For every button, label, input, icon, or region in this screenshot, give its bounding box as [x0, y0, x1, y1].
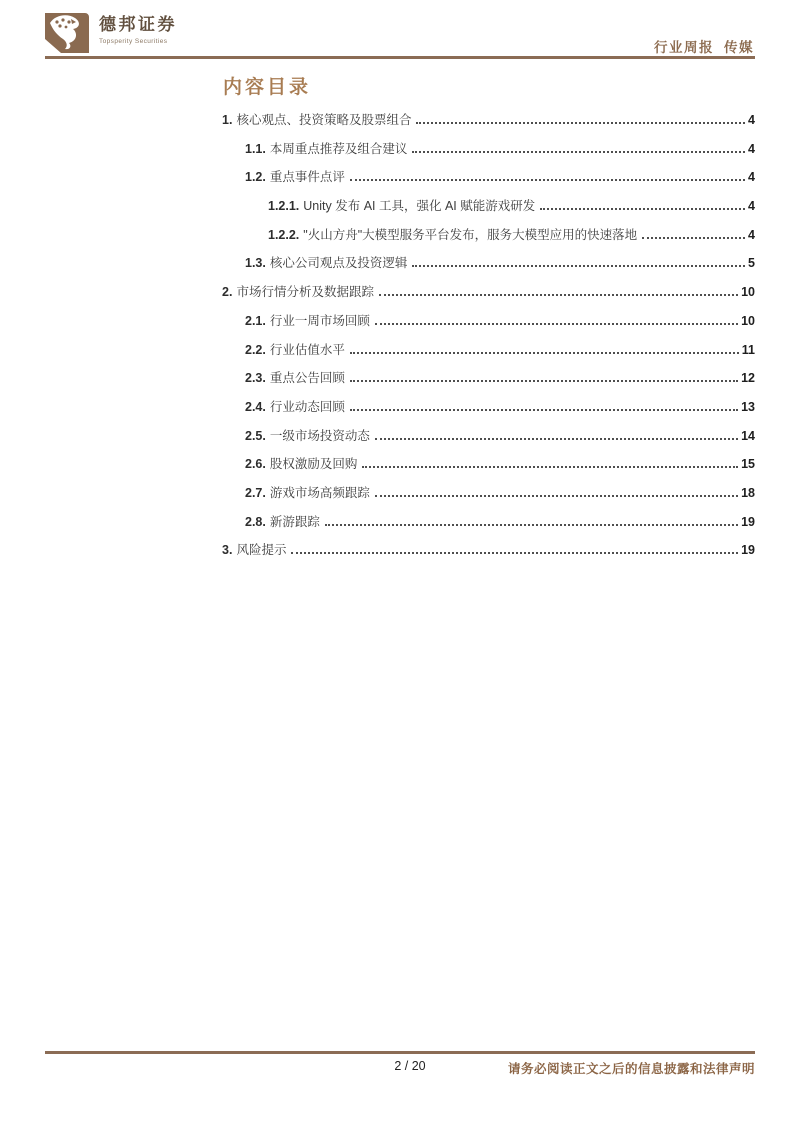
- toc-entry[interactable]: 3. 风险提示 19: [222, 540, 755, 569]
- toc-entry-number: 1.2.1.: [268, 199, 299, 213]
- toc-entry-label: 重点公告回顾: [270, 368, 345, 386]
- header-divider: [45, 56, 755, 59]
- toc-entry-label: "火山方舟"大模型服务平台发布，服务大模型应用的快速落地: [303, 225, 637, 243]
- toc-dot-leader: [291, 552, 738, 554]
- toc-entry-number: 2.8.: [245, 515, 266, 529]
- toc-entry-label: 新游跟踪: [270, 512, 320, 530]
- toc-title: 内容目录: [223, 72, 311, 99]
- toc-dot-leader: [350, 380, 738, 382]
- toc-entry-label: 一级市场投资动态: [270, 426, 370, 444]
- toc-dot-leader: [412, 265, 745, 267]
- toc-dot-leader: [379, 294, 738, 296]
- toc-list: 1. 核心观点、投资策略及股票组合 4 1.1. 本周重点推荐及组合建议 4 1…: [222, 110, 755, 569]
- toc-entry[interactable]: 1.2.1. Unity 发布 AI 工具，强化 AI 赋能游戏研发 4: [222, 196, 755, 225]
- toc-entry-number: 1.: [222, 113, 232, 127]
- toc-dot-leader: [642, 237, 745, 239]
- toc-entry-label: 行业一周市场回顾: [270, 311, 370, 329]
- toc-entry-number: 2.: [222, 285, 232, 299]
- toc-dot-leader: [375, 323, 738, 325]
- toc-dot-leader: [362, 466, 738, 468]
- toc-entry-number: 2.2.: [245, 343, 266, 357]
- toc-entry-label: 股权激励及回购: [270, 454, 358, 472]
- toc-entry-page: 10: [741, 314, 755, 328]
- toc-entry-page: 4: [748, 170, 755, 184]
- doc-type-label: 行业周报: [654, 40, 714, 55]
- toc-entry-page: 4: [748, 199, 755, 213]
- footer-divider: [45, 1051, 755, 1054]
- page-indicator: 2 / 20: [350, 1059, 470, 1073]
- toc-entry-page: 4: [748, 142, 755, 156]
- toc-entry[interactable]: 2. 市场行情分析及数据跟踪 10: [222, 282, 755, 311]
- toc-dot-leader: [416, 122, 745, 124]
- toc-dot-leader: [350, 409, 738, 411]
- toc-dot-leader: [540, 208, 745, 210]
- toc-entry-page: 19: [741, 515, 755, 529]
- toc-entry[interactable]: 2.8. 新游跟踪 19: [222, 512, 755, 541]
- toc-entry-number: 2.6.: [245, 457, 266, 471]
- toc-entry-number: 1.2.2.: [268, 228, 299, 242]
- toc-entry-label: 本周重点推荐及组合建议: [270, 139, 408, 157]
- toc-dot-leader: [350, 352, 739, 354]
- brand-name-cn: 德邦证券: [99, 16, 177, 35]
- toc-dot-leader: [375, 438, 738, 440]
- toc-dot-leader: [350, 179, 745, 181]
- toc-entry-page: 11: [742, 343, 755, 357]
- toc-entry-page: 12: [741, 371, 755, 385]
- toc-entry-label: 风险提示: [236, 540, 286, 558]
- toc-entry[interactable]: 2.2. 行业估值水平 11: [222, 340, 755, 369]
- toc-entry[interactable]: 2.3. 重点公告回顾 12: [222, 368, 755, 397]
- toc-entry[interactable]: 2.4. 行业动态回顾 13: [222, 397, 755, 426]
- toc-entry[interactable]: 1.3. 核心公司观点及投资逻辑 5: [222, 253, 755, 282]
- toc-entry-number: 2.1.: [245, 314, 266, 328]
- toc-entry[interactable]: 2.5. 一级市场投资动态 14: [222, 426, 755, 455]
- toc-entry-page: 4: [748, 113, 755, 127]
- toc-dot-leader: [375, 495, 738, 497]
- footer-disclaimer: 请务必阅读正文之后的信息披露和法律声明: [508, 1059, 755, 1077]
- toc-entry-number: 1.3.: [245, 256, 266, 270]
- report-page: 德邦证券 Topsperity Securities 行业周报传媒 内容目录 1…: [0, 0, 794, 1123]
- toc-entry-page: 18: [741, 486, 755, 500]
- toc-entry-label: 市场行情分析及数据跟踪: [236, 282, 374, 300]
- leopard-logo-icon: [45, 13, 89, 53]
- toc-entry-label: Unity 发布 AI 工具，强化 AI 赋能游戏研发: [303, 196, 535, 214]
- toc-entry-page: 10: [741, 285, 755, 299]
- toc-entry[interactable]: 2.6. 股权激励及回购 15: [222, 454, 755, 483]
- toc-entry-number: 2.5.: [245, 429, 266, 443]
- toc-entry[interactable]: 1.2.2. "火山方舟"大模型服务平台发布，服务大模型应用的快速落地 4: [222, 225, 755, 254]
- toc-entry-label: 行业动态回顾: [270, 397, 345, 415]
- toc-entry-page: 5: [748, 256, 755, 270]
- toc-entry-number: 2.4.: [245, 400, 266, 414]
- toc-entry-page: 14: [741, 429, 755, 443]
- report-category: 行业周报传媒: [654, 36, 754, 56]
- toc-entry-page: 15: [741, 457, 755, 471]
- toc-entry-page: 19: [741, 543, 755, 557]
- toc-entry-number: 1.2.: [245, 170, 266, 184]
- toc-entry-number: 2.3.: [245, 371, 266, 385]
- toc-entry-label: 核心观点、投资策略及股票组合: [236, 110, 411, 128]
- toc-entry[interactable]: 1.2. 重点事件点评 4: [222, 167, 755, 196]
- toc-dot-leader: [412, 151, 745, 153]
- toc-entry[interactable]: 1. 核心观点、投资策略及股票组合 4: [222, 110, 755, 139]
- toc-dot-leader: [325, 524, 738, 526]
- brand-text: 德邦证券 Topsperity Securities: [99, 16, 177, 45]
- toc-entry[interactable]: 1.1. 本周重点推荐及组合建议 4: [222, 139, 755, 168]
- toc-entry-number: 3.: [222, 543, 232, 557]
- toc-entry-number: 2.7.: [245, 486, 266, 500]
- brand-name-en: Topsperity Securities: [99, 38, 177, 45]
- industry-label: 传媒: [724, 40, 754, 55]
- toc-entry-page: 4: [748, 228, 755, 242]
- toc-entry-page: 13: [741, 400, 755, 414]
- toc-entry-label: 核心公司观点及投资逻辑: [270, 253, 408, 271]
- toc-entry-label: 行业估值水平: [270, 340, 345, 358]
- toc-entry-number: 1.1.: [245, 142, 266, 156]
- toc-entry[interactable]: 2.7. 游戏市场高频跟踪 18: [222, 483, 755, 512]
- brand-logo: 德邦证券 Topsperity Securities: [45, 13, 177, 53]
- toc-entry[interactable]: 2.1. 行业一周市场回顾 10: [222, 311, 755, 340]
- toc-entry-label: 重点事件点评: [270, 167, 345, 185]
- toc-entry-label: 游戏市场高频跟踪: [270, 483, 370, 501]
